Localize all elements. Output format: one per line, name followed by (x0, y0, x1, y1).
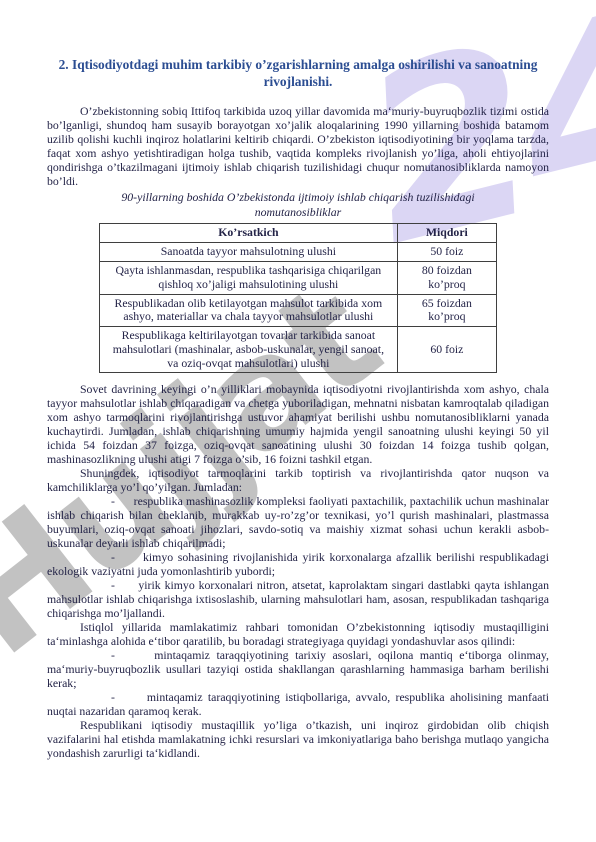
section-title: 2. Iqtisodiyotdagi muhim tarkibiy o’zgar… (47, 56, 549, 90)
document-page: Hujjat 24 2. Iqtisodiyotdagi muhim tarki… (0, 0, 596, 842)
table-row: Sanoatda tayyor mahsulotning ulushi 50 f… (100, 243, 497, 262)
bullet-chemical-industry: - kimyo sohasining rivojlanishida yirik … (47, 550, 549, 578)
table-cell-amount: 50 foiz (397, 243, 496, 262)
table-cell-amount: 60 foiz (397, 327, 496, 373)
table-cell-indicator: Respublikadan olib ketilayotgan mahsulot… (100, 294, 398, 327)
paragraph-intro: O’zbekistonning sobiq Ittifoq tarkibida … (47, 104, 549, 188)
paragraph-soviet-period: Sovet davrining keyingi o’n yilliklari m… (47, 382, 549, 466)
bullet-population-interest: - mintaqamiz taraqqiyotining istiqbollar… (47, 690, 549, 718)
table-cell-indicator: Qayta ishlanmasdan, respublika tashqaris… (100, 261, 398, 294)
document-content: 2. Iqtisodiyotdagi muhim tarkibiy o’zgar… (0, 0, 596, 760)
table-header-amount: Miqdori (397, 224, 496, 243)
table-header-indicator: Ko’rsatkich (100, 224, 398, 243)
indicators-table: Ko’rsatkich Miqdori Sanoatda tayyor mahs… (99, 223, 497, 373)
bullet-chemical-enterprises: - yirik kimyo korxonalari nitron, atseta… (47, 578, 549, 620)
bullet-machine-building: - respublika mashinasozlik kompleksi fao… (47, 494, 549, 550)
table-row: Respublikaga keltirilayotgan tovarlar ta… (100, 327, 497, 373)
table-cell-amount: 80 foizdan ko’proq (397, 261, 496, 294)
paragraph-shortcomings-intro: Shuningdek, iqtisodiyot tarmoqlarini tar… (47, 466, 549, 494)
paragraph-conclusion: Respublikani iqtisodiy mustaqillik yo’li… (47, 718, 549, 760)
table-cell-indicator: Sanoatda tayyor mahsulotning ulushi (100, 243, 398, 262)
table-cell-indicator: Respublikaga keltirilayotgan tovarlar ta… (100, 327, 398, 373)
bullet-historical-basis: - mintaqamiz taraqqiyotining tarixiy aso… (47, 648, 549, 690)
table-caption: 90-yillarning boshida O’zbekistonda ijti… (94, 190, 502, 219)
table-row: Qayta ishlanmasdan, respublika tashqaris… (100, 261, 497, 294)
table-row: Respublikadan olib ketilayotgan mahsulot… (100, 294, 497, 327)
paragraph-independence-strategy: Istiqlol yillarida mamlakatimiz rahbari … (47, 620, 549, 648)
table-cell-amount: 65 foizdan ko’proq (397, 294, 496, 327)
table-header-row: Ko’rsatkich Miqdori (100, 224, 497, 243)
